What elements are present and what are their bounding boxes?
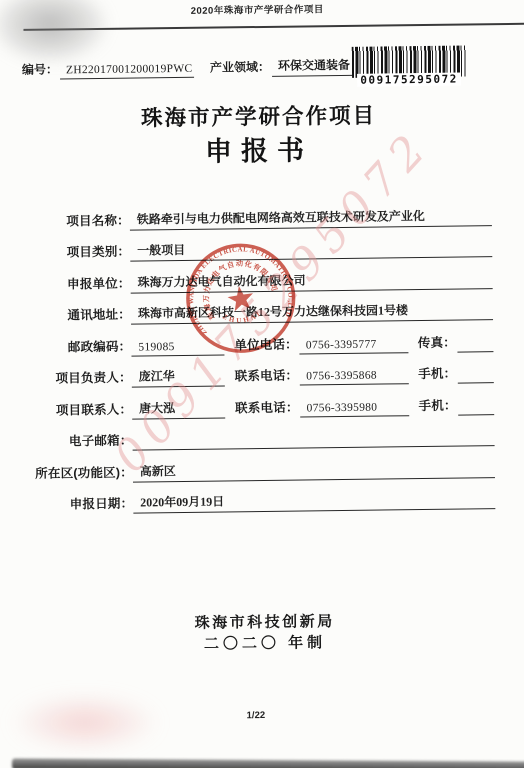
- scanned-application-form: 2020年珠海市产学研合作项目 编号： ZH22017001200019PWC …: [0, 0, 524, 768]
- field-value: [458, 396, 495, 415]
- field-label: 手机：: [408, 395, 457, 416]
- document-sheet: 2020年珠海市产学研合作项目 编号： ZH22017001200019PWC …: [0, 0, 524, 768]
- field-label: 申报单位：: [18, 273, 130, 294]
- form-row-contact: 项目联系人： 唐大泓 联系电话： 0756-3395980 手机：: [20, 383, 494, 420]
- page-number: 1/22: [226, 710, 286, 722]
- issuer-footer: 珠海市科技创新局 二〇二〇 年制: [3, 609, 524, 657]
- form-row-leader: 项目负责人： 庞江华 联系电话： 0756-3395868 手机：: [19, 352, 493, 389]
- industry-label: 产业领域：: [210, 58, 272, 78]
- document-title: 珠海市产学研合作项目 申报书: [0, 99, 521, 173]
- field-value: 0756-3395868: [299, 365, 408, 385]
- field-label: 项目负责人：: [20, 368, 132, 389]
- field-value: 0756-3395777: [299, 334, 408, 354]
- form-row-project-name: 项目名称： 铁路牵引与电力供配电网络高效互联技术研发及产业化: [18, 194, 492, 231]
- field-value: [457, 333, 494, 352]
- field-label: 项目名称：: [18, 210, 130, 231]
- field-label: 项目联系人：: [20, 399, 132, 420]
- field-label: 手机：: [408, 364, 457, 385]
- company-seal-stamp: ZHUHAI WANLIDA ELECTRICAL AUTOMATION CO.…: [175, 232, 307, 364]
- field-value: [457, 364, 494, 383]
- form-row-email: 电子邮箱：: [20, 415, 494, 452]
- field-value: 0756-3395980: [300, 397, 409, 417]
- scan-pink-smudge: [0, 685, 185, 760]
- field-label: 所在区(功能区)：: [21, 462, 133, 483]
- barcode-number: 009175295072: [352, 69, 466, 88]
- form-row-date: 申报日期： 2020年09月19日: [21, 478, 495, 515]
- barcode-digits: 009175295072: [357, 73, 461, 87]
- scan-corner-smudge: [0, 0, 130, 77]
- field-label: 项目类别：: [18, 242, 130, 263]
- svg-text:ZHUHAI: ZHUHAI: [220, 307, 264, 327]
- title-line2: 申报书: [0, 129, 521, 173]
- field-label: 邮政编码：: [19, 336, 131, 357]
- field-label: 申报日期：: [21, 494, 133, 515]
- seal-bottom-text: ZHUHAI: [220, 307, 264, 327]
- field-label: 传真：: [408, 332, 457, 353]
- form-row-district: 所在区(功能区)： 高新区: [21, 446, 495, 483]
- field-value: 2020年09月19日: [133, 489, 495, 513]
- field-label: 联系电话：: [225, 397, 300, 418]
- barcode: 009175295072: [352, 45, 467, 88]
- seal-star-icon: [226, 284, 255, 312]
- field-label: 通讯地址：: [19, 305, 131, 326]
